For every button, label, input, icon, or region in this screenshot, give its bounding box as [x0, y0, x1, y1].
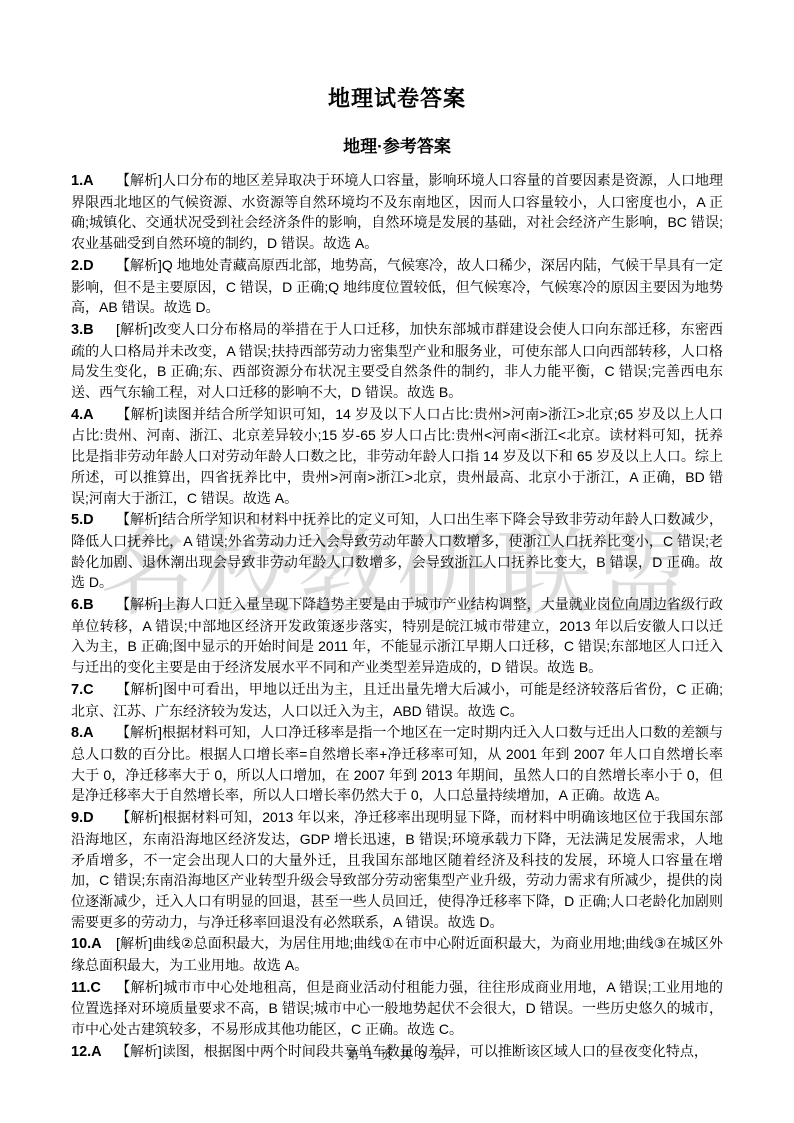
answer-item: 1.A【解析]人口分布的地区差异取决于环境人口容量，影响环境人口容量的首要因素是… [71, 170, 723, 254]
answer-number: 7.C [71, 680, 116, 701]
answer-text: 【解析]人口分布的地区差异取决于环境人口容量，影响环境人口容量的首要因素是资源，… [71, 172, 723, 251]
answer-item: 7.C【解析]图中可看出，甲地以迁出为主，且迁出量先增大后减小，可能是经济较落后… [71, 679, 723, 721]
answer-number: 3.B [71, 320, 116, 341]
answer-item: 10.A[解析]曲线②总面积最大，为居住用地;曲线①在市中心附近面积最大，为商业… [71, 933, 723, 975]
page-title: 地理试卷答案 [0, 0, 794, 113]
answer-number: 5.D [71, 510, 116, 531]
answer-number: 9.D [71, 808, 116, 829]
answer-text: 【解析]Q 地地处青藏高原西北部，地势高，气候寒冷，故人口稀少，深居内陆，气候干… [71, 257, 723, 315]
answer-item: 9.D【解析]根据材料可知，2013 年以来，净迁移率出现明显下降，而材料中明确… [71, 807, 723, 932]
answer-number: 11.C [71, 978, 116, 999]
answer-item: 11.C【解析]城市市中心处地租高，但是商业活动付租能力强，往往形成商业用地，A… [71, 977, 723, 1040]
answer-text: 【解析]城市市中心处地租高，但是商业活动付租能力强，往往形成商业用地，A 错误;… [71, 979, 723, 1037]
answer-number: 4.A [71, 405, 116, 426]
answer-text: 【解析]读图并结合所学知识可知，14 岁及以下人口占比:贵州>河南>浙江>北京;… [71, 406, 723, 506]
page-number-footer: 第 1 页 共 3 页 [0, 1046, 794, 1063]
document-page: 名校教研联盟 地理试卷答案 地理·参考答案 1.A【解析]人口分布的地区差异取决… [0, 0, 794, 1123]
answer-item: 2.D【解析]Q 地地处青藏高原西北部，地势高，气候寒冷，故人口稀少，深居内陆，… [71, 255, 723, 318]
answer-number: 10.A [71, 934, 116, 955]
answer-number: 2.D [71, 256, 116, 277]
answer-item: 8.A【解析]根据材料可知，人口净迁移率是指一个地区在一定时期内迁入人口数与迁出… [71, 722, 723, 806]
answer-item: 5.D【解析]结合所学知识和材料中抚养比的定义可知，人口出生率下降会导致非劳动年… [71, 509, 723, 593]
page-subtitle: 地理·参考答案 [0, 132, 794, 157]
answer-item: 4.A【解析]读图并结合所学知识可知，14 岁及以下人口占比:贵州>河南>浙江>… [71, 404, 723, 509]
answer-list: 1.A【解析]人口分布的地区差异取决于环境人口容量，影响环境人口容量的首要因素是… [71, 170, 723, 1063]
answer-item: 3.B[解析]改变人口分布格局的举措在于人口迁移，加快东部城市群建设会使人口向东… [71, 319, 723, 403]
answer-text: 【解析]图中可看出，甲地以迁出为主，且迁出量先增大后减小，可能是经济较落后省份，… [71, 681, 723, 719]
answer-text: 【解析]根据材料可知，2013 年以来，净迁移率出现明显下降，而材料中明确该地区… [71, 809, 723, 930]
answer-number: 1.A [71, 171, 116, 192]
answer-text: 【解析]结合所学知识和材料中抚养比的定义可知，人口出生率下降会导致非劳动年龄人口… [71, 511, 723, 590]
answer-text: 【解析]上海人口迁入量呈现下降趋势主要是由于城市产业结构调整，大量就业岗位向周边… [71, 596, 723, 675]
answer-text: [解析]曲线②总面积最大，为居住用地;曲线①在市中心附近面积最大，为商业用地;曲… [71, 935, 723, 973]
answer-number: 6.B [71, 595, 116, 616]
answer-number: 8.A [71, 723, 116, 744]
answer-text: [解析]改变人口分布格局的举措在于人口迁移，加快东部城市群建设会使人口向东部迁移… [71, 321, 723, 400]
answer-item: 6.B【解析]上海人口迁入量呈现下降趋势主要是由于城市产业结构调整，大量就业岗位… [71, 594, 723, 678]
answer-text: 【解析]根据材料可知，人口净迁移率是指一个地区在一定时期内迁入人口数与迁出人口数… [71, 724, 723, 803]
